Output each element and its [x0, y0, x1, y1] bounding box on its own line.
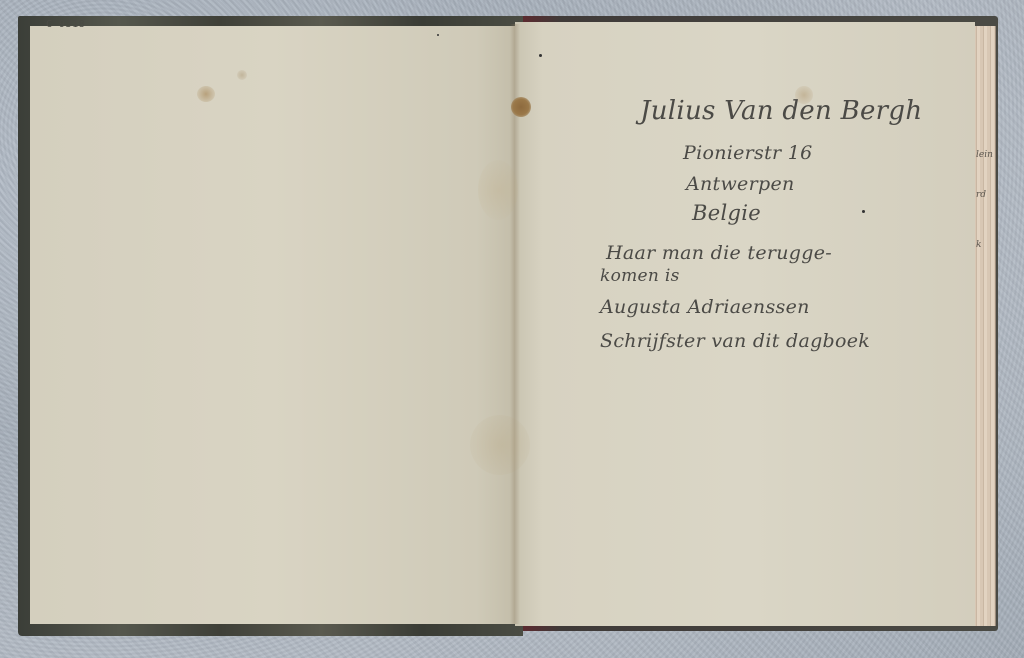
page-edge-mark: lein: [976, 150, 993, 160]
page-edge-mark: rd: [976, 190, 986, 200]
foxing-stain: [197, 86, 215, 102]
catalog-number-stamp: C 9318: [46, 19, 85, 30]
inscription-author-role: Schrijfster van dit dagboek: [600, 330, 870, 352]
page-edge-mark: k: [976, 240, 981, 250]
inscription-street: Pionierstr 16: [683, 142, 813, 164]
ink-dot: [539, 54, 542, 57]
inscription-author: Augusta Adriaenssen: [600, 296, 810, 318]
ink-dot: [437, 34, 439, 36]
ink-dot: [862, 210, 865, 213]
ink-stain: [511, 97, 531, 117]
inscription-line-2: komen is: [600, 266, 680, 286]
inscription-line-1: Haar man die terugge-: [606, 242, 832, 264]
inscription-city: Antwerpen: [686, 173, 795, 195]
inscription-country: Belgie: [692, 201, 761, 225]
left-page: [30, 26, 515, 624]
water-damage: [470, 415, 530, 475]
inscription-name: Julius Van den Bergh: [640, 96, 922, 126]
foxing-stain: [237, 70, 247, 80]
water-damage: [478, 160, 518, 220]
page-edges: [973, 26, 996, 626]
